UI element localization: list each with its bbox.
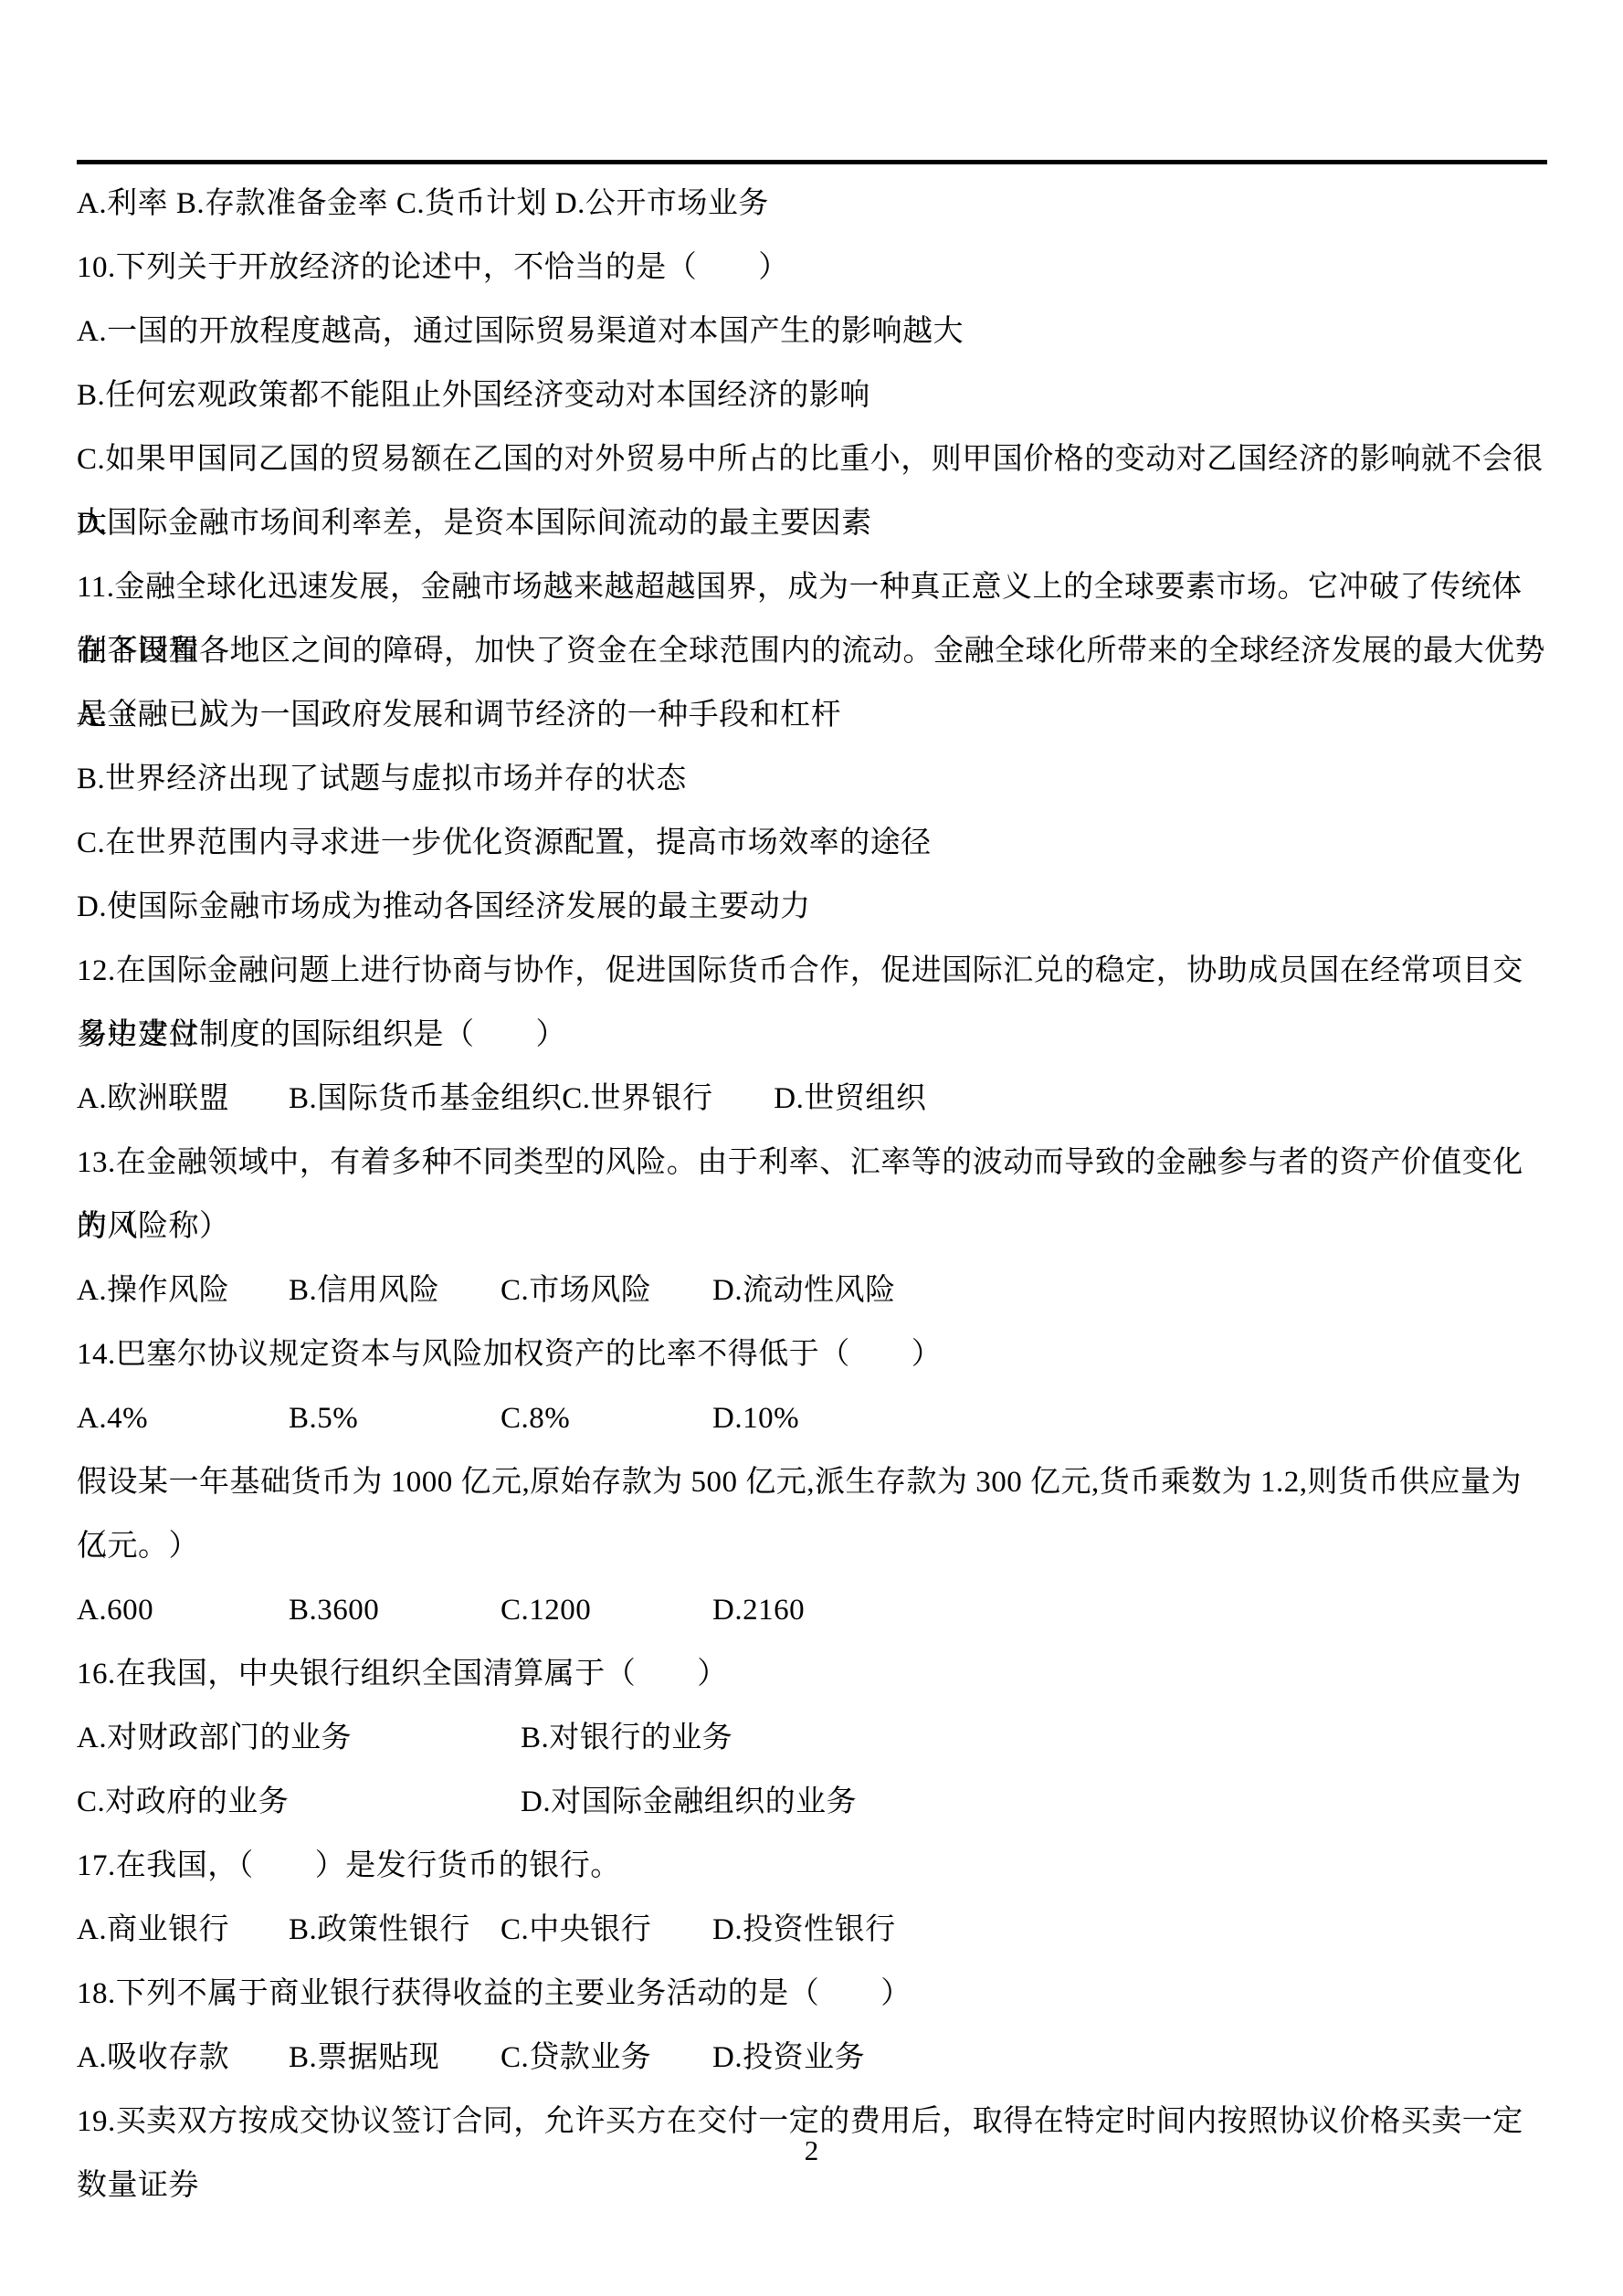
- option-label: B.政策性银行: [289, 1898, 501, 1962]
- document-line: 14.巴塞尔协议规定资本与风险加权资产的比率不得低于（ ）: [77, 1322, 1549, 1386]
- document-line: 10.下列关于开放经济的论述中，不恰当的是（ ）: [77, 236, 1549, 300]
- document-line: 亿元。: [77, 1514, 1549, 1578]
- header-rule: [77, 160, 1547, 164]
- option-label: D.10%: [712, 1386, 924, 1450]
- option-label: D.流动性风险: [712, 1259, 924, 1322]
- option-label: A.对财政部门的业务: [77, 1706, 521, 1770]
- option-label: B.5%: [289, 1386, 501, 1450]
- option-label: D.2160: [712, 1578, 924, 1642]
- document-line: 18.下列不属于商业银行获得收益的主要业务活动的是（ ）: [77, 1962, 1549, 2026]
- option-label: B.国际货币基金组织: [289, 1067, 562, 1131]
- option-label: A.600: [77, 1578, 289, 1642]
- document-line: D.使国际金融市场成为推动各国经济发展的最主要动力: [77, 875, 1549, 939]
- option-label: C.对政府的业务: [77, 1770, 521, 1834]
- answer-options-line: A.4%B.5%C.8%D.10%: [77, 1386, 1549, 1450]
- option-label: B.信用风险: [289, 1259, 501, 1322]
- document-line: C.如果甲国同乙国的贸易额在乙国的对外贸易中所占的比重小，则甲国价格的变动对乙国…: [77, 427, 1549, 491]
- document-line: 13.在金融领域中，有着多种不同类型的风险。由于利率、汇率等的波动而导致的金融参…: [77, 1131, 1549, 1195]
- option-label: D.世贸组织: [774, 1067, 985, 1131]
- option-label: C.1200: [501, 1578, 712, 1642]
- answer-options-line: A.600B.3600C.1200D.2160: [77, 1578, 1549, 1642]
- document-line: 假设某一年基础货币为 1000 亿元,原始存款为 500 亿元,派生存款为 30…: [77, 1450, 1549, 1514]
- document-line: 为（ ）: [77, 1195, 1549, 1259]
- document-line: 16.在我国，中央银行组织全国清算属于（ ）: [77, 1642, 1549, 1706]
- option-label: B.3600: [289, 1578, 501, 1642]
- option-label: D.投资业务: [712, 2026, 924, 2090]
- option-label: A.操作风险: [77, 1259, 289, 1322]
- document-line: 17.在我国，（ ）是发行货币的银行。: [77, 1834, 1549, 1898]
- option-label: A.商业银行: [77, 1898, 289, 1962]
- answer-options-line: A.商业银行B.政策性银行C.中央银行D.投资性银行: [77, 1898, 1549, 1962]
- option-label: C.世界银行: [562, 1067, 774, 1131]
- answer-options-line: C.对政府的业务D.对国际金融组织的业务: [77, 1770, 1549, 1834]
- option-label: C.市场风险: [501, 1259, 712, 1322]
- answer-options-line: A.吸收存款B.票据贴现C.贷款业务D.投资业务: [77, 2026, 1549, 2090]
- option-label: A.欧洲联盟: [77, 1067, 289, 1131]
- option-label: B.对银行的业务: [521, 1706, 964, 1770]
- option-label: C.8%: [501, 1386, 712, 1450]
- document-line: A.金融已成为一国政府发展和调节经济的一种手段和杠杆: [77, 683, 1549, 747]
- document-body: A.利率 B.存款准备金率 C.货币计划 D.公开市场业务10.下列关于开放经济…: [77, 172, 1549, 2154]
- document-line: B.任何宏观政策都不能阻止外国经济变动对本国经济的影响: [77, 363, 1549, 427]
- document-line: 12.在国际金融问题上进行协商与协作，促进国际货币合作，促进国际汇兑的稳定，协助…: [77, 939, 1549, 1003]
- document-line: A.利率 B.存款准备金率 C.货币计划 D.公开市场业务: [77, 172, 1549, 236]
- document-line: 11.金融全球化迅速发展，金融市场越来越超越国界，成为一种真正意义上的全球要素市…: [77, 555, 1549, 619]
- option-label: D.投资性银行: [712, 1898, 924, 1962]
- document-line: B.世界经济出现了试题与虚拟市场并存的状态: [77, 747, 1549, 811]
- answer-options-line: A.操作风险B.信用风险C.市场风险D.流动性风险: [77, 1259, 1549, 1322]
- document-line: 多边支付制度的国际组织是（ ）: [77, 1003, 1549, 1067]
- option-label: B.票据贴现: [289, 2026, 501, 2090]
- option-label: D.对国际金融组织的业务: [521, 1770, 964, 1834]
- option-label: A.吸收存款: [77, 2026, 289, 2090]
- document-line: A.一国的开放程度越高，通过国际贸易渠道对本国产生的影响越大: [77, 300, 1549, 363]
- option-label: C.贷款业务: [501, 2026, 712, 2090]
- document-line: 在各国和各地区之间的障碍，加快了资金在全球范围内的流动。金融全球化所带来的全球经…: [77, 619, 1549, 683]
- answer-options-line: A.欧洲联盟B.国际货币基金组织C.世界银行D.世贸组织: [77, 1067, 1549, 1131]
- answer-options-line: A.对财政部门的业务B.对银行的业务: [77, 1706, 1549, 1770]
- document-line: C.在世界范围内寻求进一步优化资源配置，提高市场效率的途径: [77, 811, 1549, 875]
- option-label: C.中央银行: [501, 1898, 712, 1962]
- document-line: D.国际金融市场间利率差，是资本国际间流动的最主要因素: [77, 491, 1549, 555]
- option-label: A.4%: [77, 1386, 289, 1450]
- page-number: 2: [0, 2130, 1623, 2172]
